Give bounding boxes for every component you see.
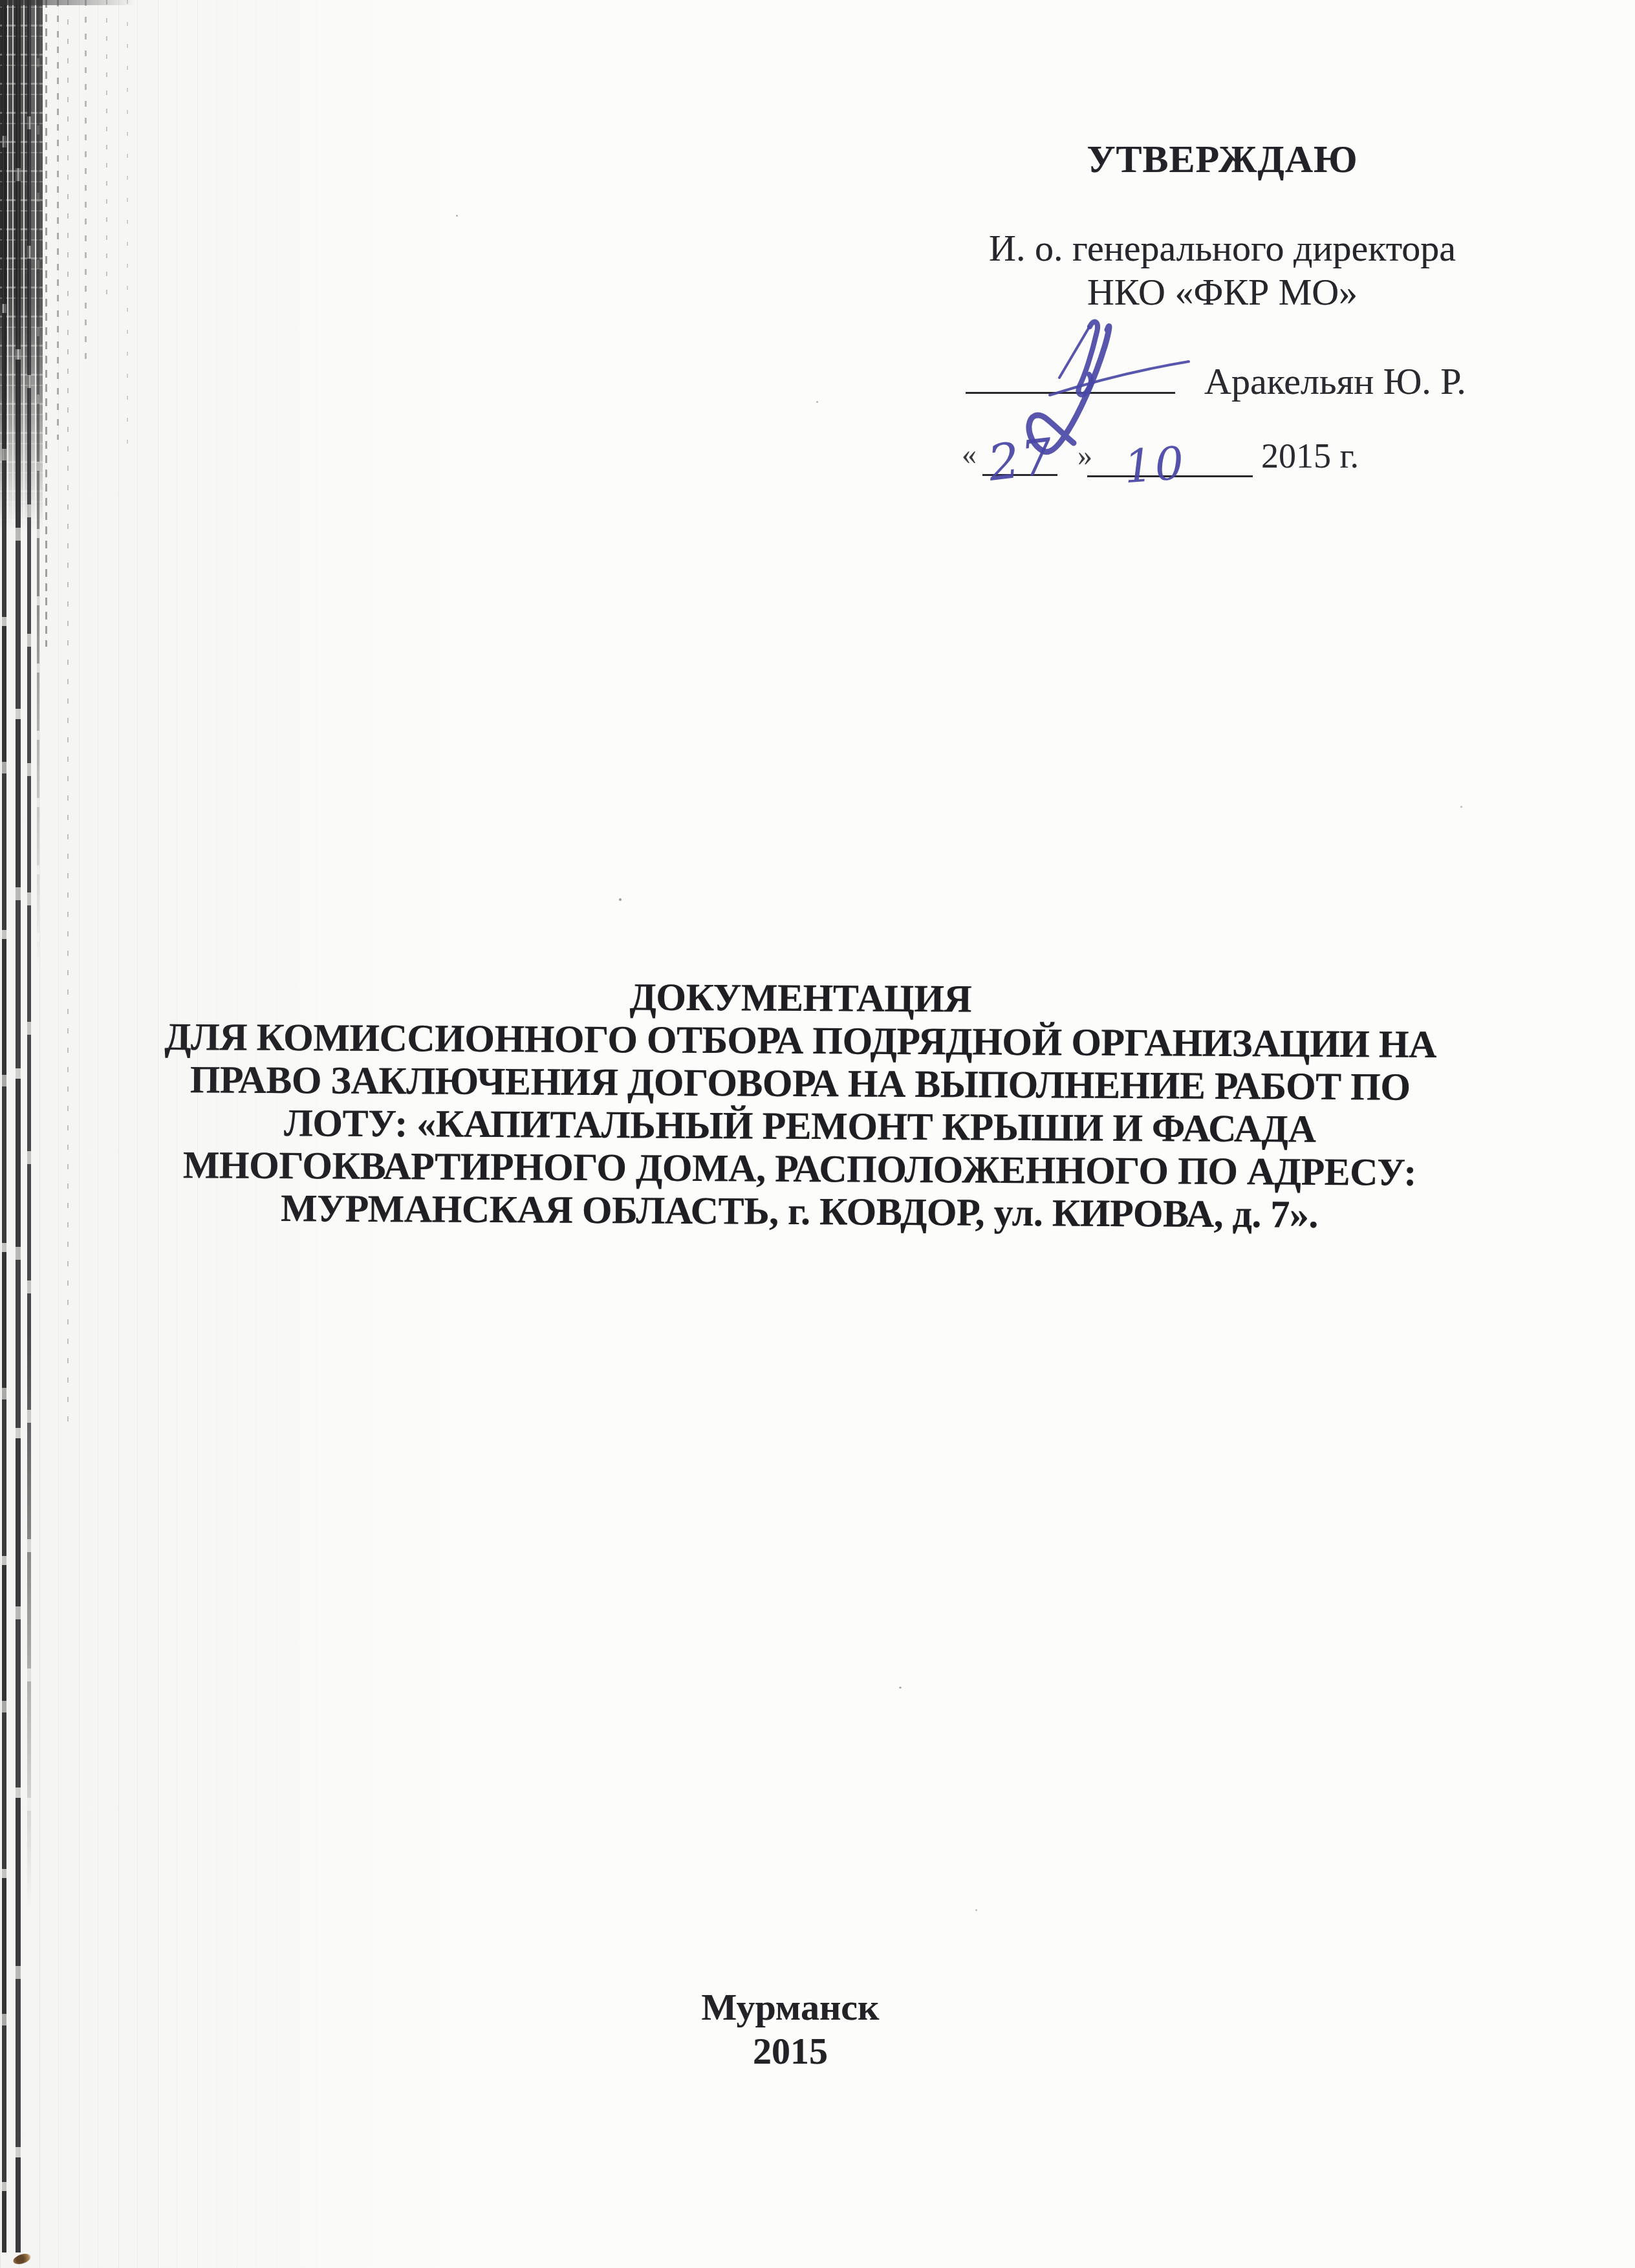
signature-first-peak [1079,322,1098,395]
binding-line [57,0,59,440]
binding-line [37,0,39,970]
binding-line [106,0,107,297]
dust-speck [899,1687,902,1689]
document-title: ДОКУМЕНТАЦИЯ ДЛЯ КОМИССИОННОГО ОТБОРА ПО… [77,972,1523,1237]
dust-speck [975,1909,977,1911]
dust-speck [1460,806,1462,808]
binding-streak-breaks [0,0,43,530]
binding-line [127,0,128,453]
footer-city: Мурманск [79,1985,1502,2029]
date-year: 2015 г. [1261,436,1359,476]
footer-year: 2015 [79,2029,1502,2073]
dust-speck [619,898,622,901]
approver-position-line1: И. о. генерального директора [938,226,1507,270]
date-close-quote: » [1077,438,1092,473]
binding-line [2,0,6,2252]
dust-speck [816,401,818,403]
footer-block: Мурманск 2015 [79,1985,1502,2073]
title-line: МУРМАНСКАЯ ОБЛАСТЬ, г. КОВДОР, ул. КИРОВ… [77,1185,1522,1237]
binding-line [16,0,21,2252]
signature-upstroke [1059,327,1089,378]
signature-tail [1050,362,1189,395]
handwritten-day: 27 [985,427,1058,492]
approver-position-line2: НКО «ФКР МО» [938,270,1507,314]
signature-underline [966,392,1175,394]
top-edge-smudge [0,0,136,5]
signer-name: Аракельян Ю. Р. [1204,360,1466,403]
binding-line [45,0,47,647]
dust-speck [456,215,458,217]
handwritten-month: 10 [1122,437,1187,493]
binding-dense-streaks [0,0,43,530]
approval-heading: УТВЕРЖДАЮ [938,137,1507,182]
scanned-document-page: УТВЕРЖДАЮ И. о. генерального директора Н… [0,0,1635,2268]
date-open-quote: « [962,437,977,471]
binding-line [85,0,87,362]
bottom-left-stain [12,2252,32,2266]
binding-line [27,0,31,1908]
binding-line [67,0,69,1423]
